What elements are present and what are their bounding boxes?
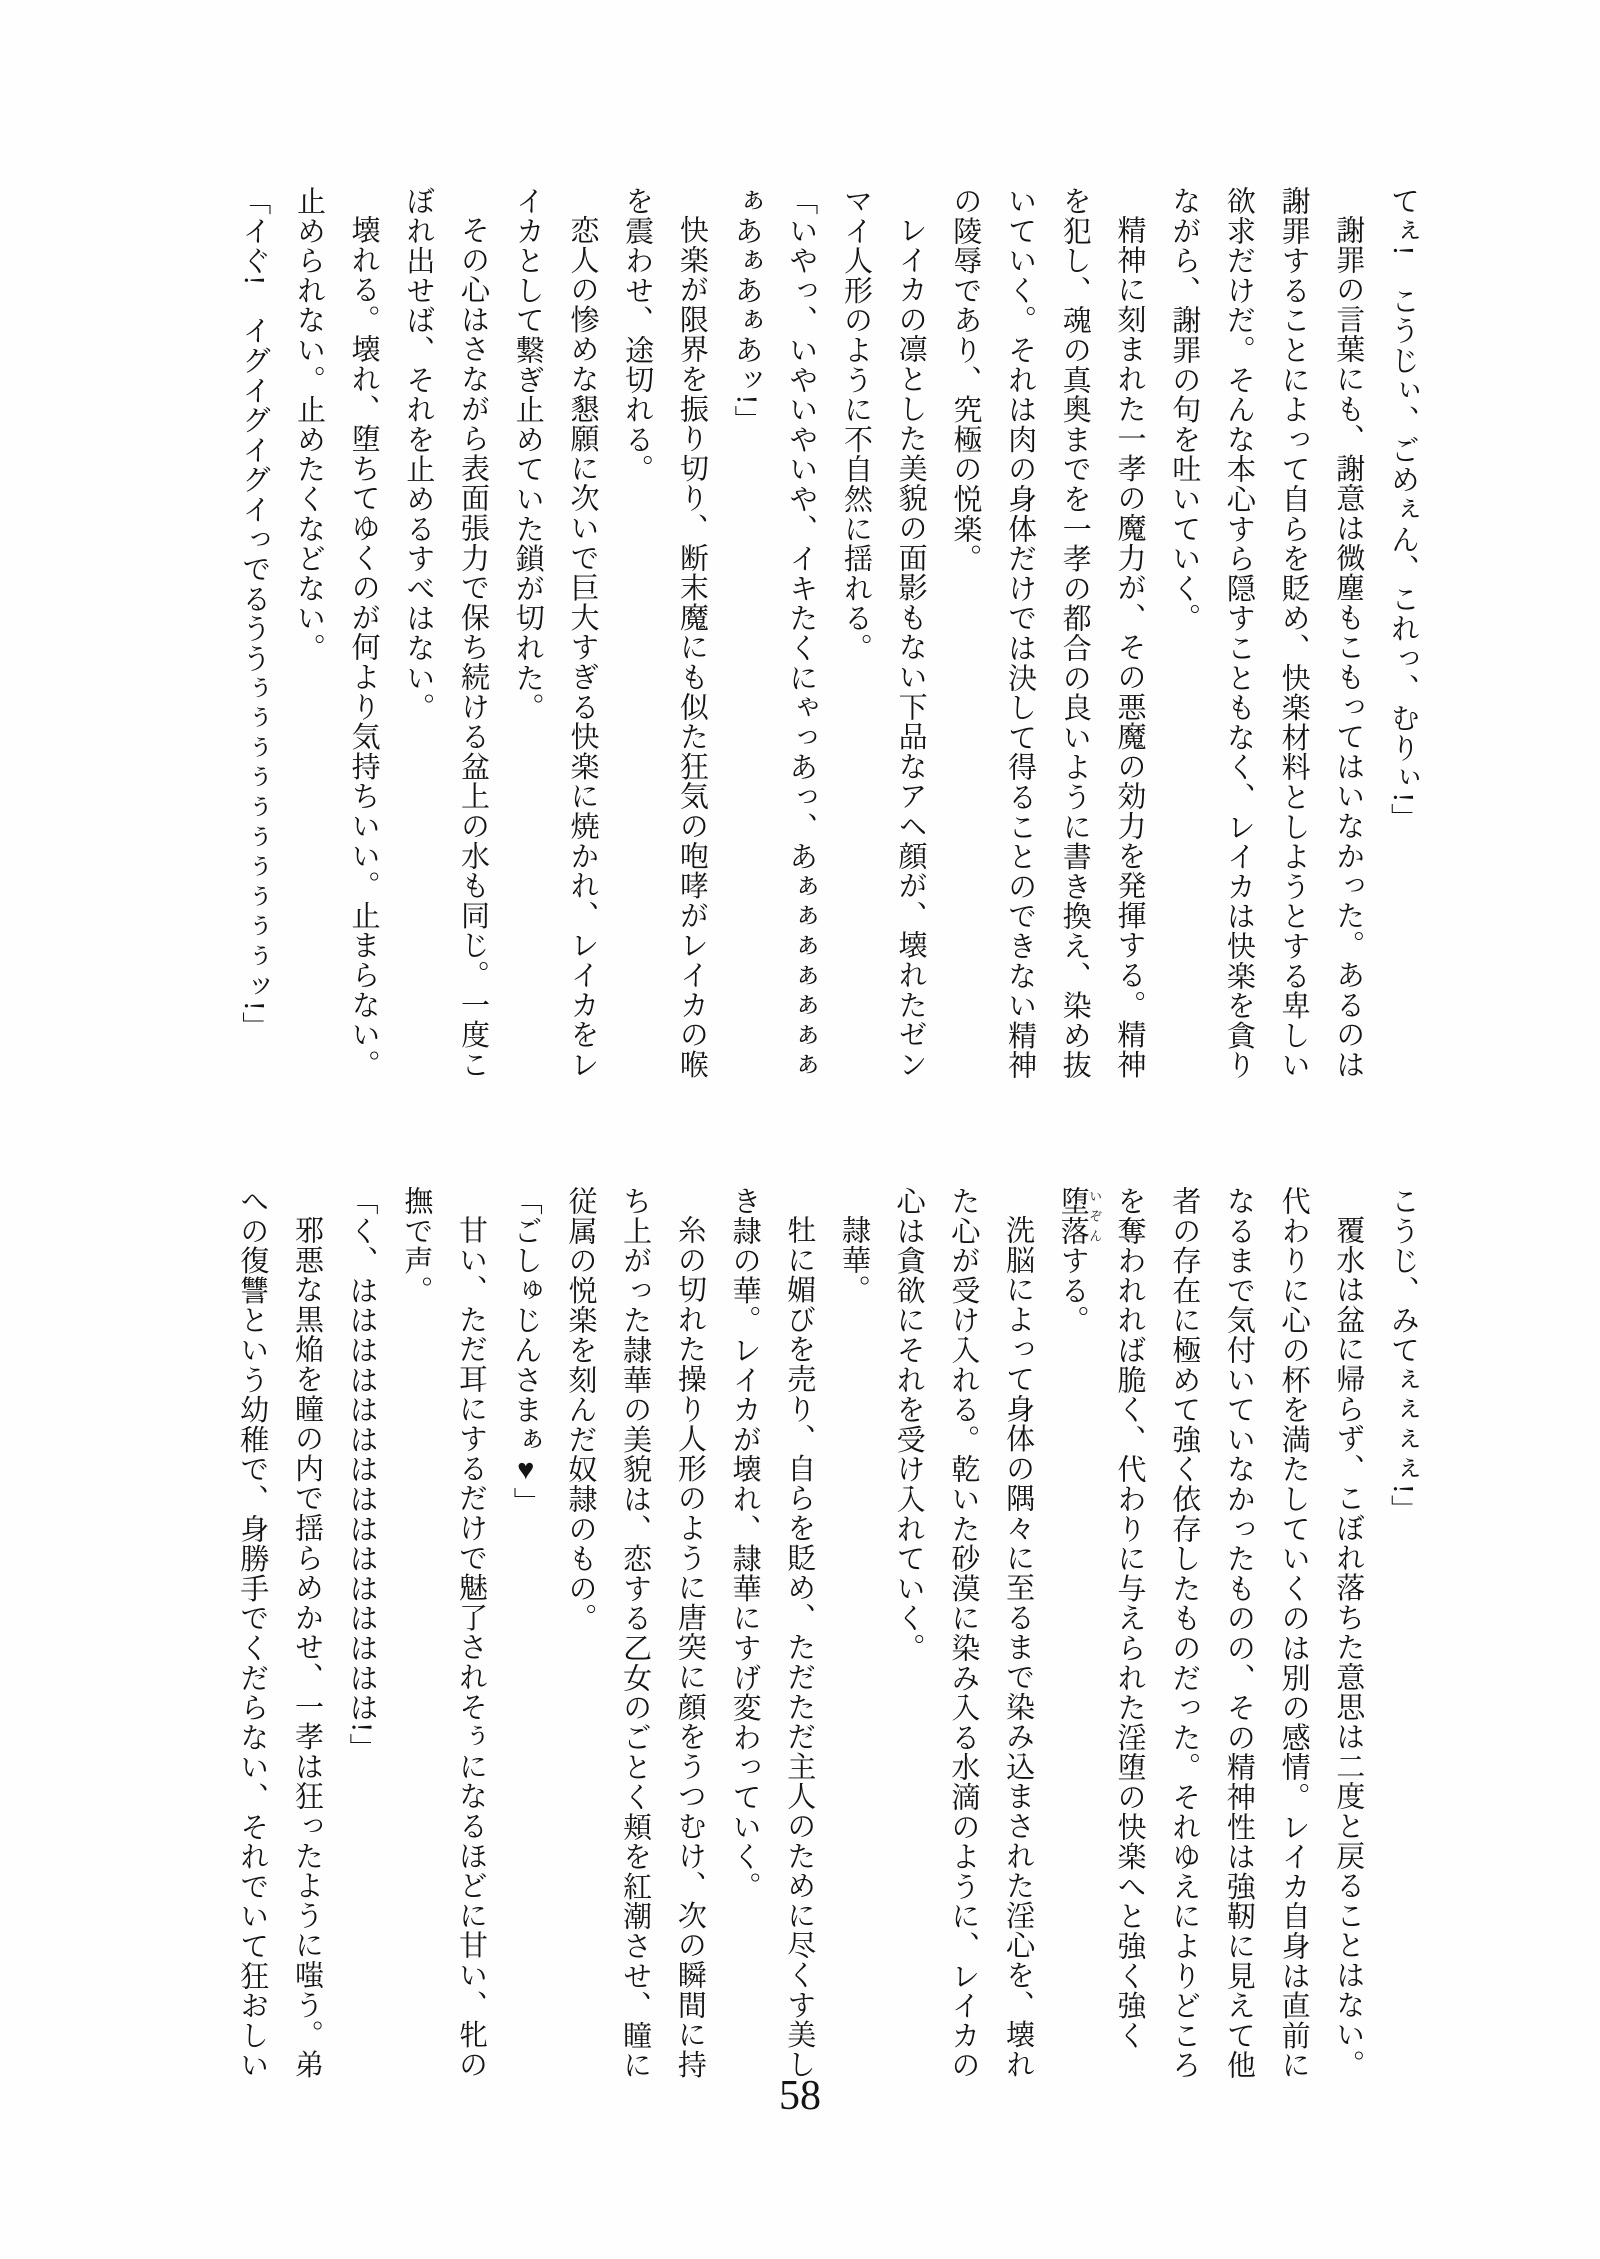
text-column: を奪われれば脆く、代わりに与えられた淫堕の快楽へと強く強く (1102, 1186, 1157, 2082)
text-column: 「いやっ、いやいやいや、イキたくにゃっあっ、あぁぁぁぁぁぁぁ (774, 186, 829, 1082)
text-column: 堕落いぞんする。 (1045, 1186, 1102, 2082)
novel-page: てぇ! こうじぃ、ごめぇん、これっ、むりぃ!」謝罪の言葉にも、謝意は微塵もこもっ… (0, 0, 1600, 2259)
text-column: た心が受け入れる。乾いた砂漠に染み入る水滴のように、レイカの (936, 1186, 991, 2082)
text-column: 謝罪することによって自らを貶め、快楽材料としようとする卑しい (1266, 186, 1321, 1082)
text-column: 者の存在に極めて強く依存したものだった。それゆえによりどころ (1156, 1186, 1211, 2082)
text-column: 快楽が限界を振り切り、断末魔にも似た狂気の咆哮がレイカの喉 (664, 186, 719, 1082)
text-column: レイカの凛とした美貌の面影もない下品なアヘ顔が、壊れたゼン (883, 186, 938, 1082)
text-column: なるまで気付いていなかったものの、その精神性は強靭に見えて他 (1211, 1186, 1266, 2082)
text-column: を震わせ、途切れる。 (609, 186, 664, 1082)
text-column: 甘い、ただ耳にするだけで魅了されそぅになるほどに甘い、牝の (443, 1186, 498, 2082)
text-column: 洗脳によって身体の隅々に至るまで染み込まされた淫心を、壊れ (990, 1186, 1045, 2082)
text-column: 恋人の惨めな懇願に次いで巨大すぎる快楽に焼かれ、レイカをレ (555, 186, 610, 1082)
text-column: 隷華。 (826, 1186, 881, 2082)
text-column: の陵辱であり、究極の悦楽。 (938, 186, 993, 1082)
text-column: 精神に刻まれた一孝の魔力が、その悪魔の効力を発揮する。精神 (1102, 186, 1157, 1082)
text-column: 謝罪の言葉にも、謝意は微塵もこもってはいなかった。あるのは (1321, 186, 1376, 1082)
text-column: 代わりに心の杯を満たしていくのは別の感情。レイカ自身は直前に (1266, 1186, 1321, 2082)
text-column: を犯し、魂の真奥までを一孝の都合の良いように書き換え、染め抜 (1047, 186, 1102, 1082)
text-column: その心はさながら表面張力で保ち続ける盆上の水も同じ。一度こ (445, 186, 500, 1082)
text-column: こうじ、みてぇぇぇぇ!」 (1375, 1186, 1430, 2082)
text-column: 止められない。止めたくなどない。 (281, 186, 336, 1082)
text-column: 「く、ははははははははははははははは!」 (334, 1186, 389, 2082)
text-column: 従属の悦楽を刻んだ奴隷のもの。 (553, 1186, 608, 2082)
text-column: ぼれ出せば、それを止めるすべはない。 (391, 186, 446, 1082)
text-column: ち上がった隷華の美貌は、恋する乙女のごとく頬を紅潮させ、瞳に (607, 1186, 662, 2082)
text-column: イカとして繋ぎ止めていた鎖が切れた。 (500, 186, 555, 1082)
page-number: 58 (0, 2072, 1600, 2120)
text-column: いていく。それは肉の身体だけでは決して得ることのできない精神 (992, 186, 1047, 1082)
upper-text-block: てぇ! こうじぃ、ごめぇん、これっ、むりぃ!」謝罪の言葉にも、謝意は微塵もこもっ… (227, 186, 1430, 1082)
lower-text-block: こうじ、みてぇぇぇぇ!」覆水は盆に帰らず、こぼれ落ちた意思は二度と戻ることはない… (225, 1186, 1430, 2082)
text-column: 欲求だけだ。そんな本心すら隠すこともなく、レイカは快楽を貪り (1211, 186, 1266, 1082)
text-column: 「イぐ! イグイグイグイっでるううぅぅぅぅぅぅぅぅぅぅッ!」 (227, 186, 282, 1082)
text-column: 牡に媚びを売り、自らを貶め、ただただ主人のために尽くす美し (772, 1186, 827, 2082)
text-column: 撫で声。 (389, 1186, 444, 2082)
text-column: 壊れる。壊れ、堕ちてゆくのが何より気持ちいい。止まらない。 (336, 186, 391, 1082)
text-column: 心は貪欲にそれを受け入れていく。 (881, 1186, 936, 2082)
text-column: への復讐という幼稚で、身勝手でくだらない、それでいて狂おしい (225, 1186, 280, 2082)
text-column: 糸の切れた操り人形のように唐突に顔をうつむけ、次の瞬間に持 (662, 1186, 717, 2082)
text-column: てぇ! こうじぃ、ごめぇん、これっ、むりぃ!」 (1375, 186, 1430, 1082)
text-column: ながら、謝罪の句を吐いていく。 (1156, 186, 1211, 1082)
text-column: 覆水は盆に帰らず、こぼれ落ちた意思は二度と戻ることはない。 (1321, 1186, 1376, 2082)
text-column: マイ人形のように不自然に揺れる。 (828, 186, 883, 1082)
text-column: 邪悪な黒焔を瞳の内で揺らめかせ、一孝は狂ったように嗤う。弟 (279, 1186, 334, 2082)
ruby-annotated-word: 堕落いぞん (1057, 1186, 1089, 1246)
text-column: 「ごしゅじんさまぁ♥」 (498, 1186, 553, 2082)
text-column: ぁあぁあぁあッ!」 (719, 186, 774, 1082)
text-column: き隷の華。レイカが壊れ、隷華にすげ変わっていく。 (717, 1186, 772, 2082)
